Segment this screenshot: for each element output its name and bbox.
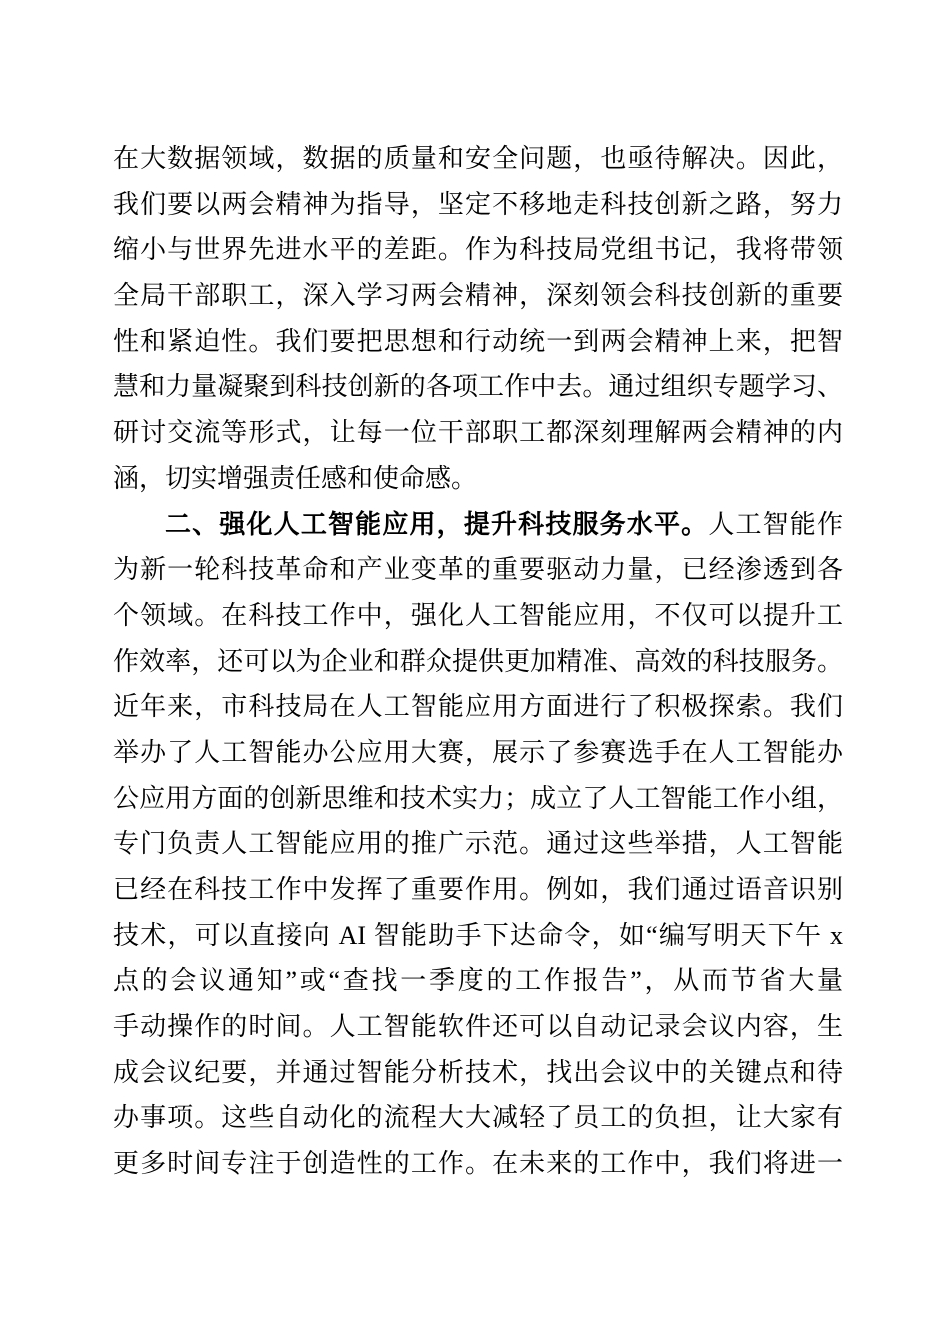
text-line: 技术，可以直接向 AI 智能助手下达命令，如“编写明天下午 x xyxy=(113,913,843,959)
body-text: 成会议纪要，并通过智能分析技术，找出会议中的关键点和待 xyxy=(113,1058,843,1087)
body-text: 人工智能作 xyxy=(708,510,843,539)
body-text: 技术，可以直接向 AI 智能助手下达命令，如“编写明天下午 x xyxy=(113,921,843,950)
paragraph: 二、强化人工智能应用，提升科技服务水平。人工智能作为新一轮科技革命和产业变革的重… xyxy=(113,502,843,1187)
text-line: 已经在科技工作中发挥了重要作用。例如，我们通过语音识别 xyxy=(113,867,843,913)
paragraph: 在大数据领域，数据的质量和安全问题，也亟待解决。因此，我们要以两会精神为指导，坚… xyxy=(113,136,843,502)
text-line: 点的会议通知”或“查找一季度的工作报告”，从而节省大量 xyxy=(113,958,843,1004)
body-text: 近年来，市科技局在人工智能应用方面进行了积极探索。我们 xyxy=(113,692,843,721)
body-text: 已经在科技工作中发挥了重要作用。例如，我们通过语音识别 xyxy=(113,875,843,904)
text-line: 在大数据领域，数据的质量和安全问题，也亟待解决。因此， xyxy=(113,136,843,182)
text-line: 涵，切实增强责任感和使命感。 xyxy=(113,456,843,502)
text-line: 近年来，市科技局在人工智能应用方面进行了积极探索。我们 xyxy=(113,684,843,730)
text-line: 个领域。在科技工作中，强化人工智能应用，不仅可以提升工 xyxy=(113,593,843,639)
body-text: 性和紧迫性。我们要把思想和行动统一到两会精神上来，把智 xyxy=(113,327,843,356)
document-page: 在大数据领域，数据的质量和安全问题，也亟待解决。因此，我们要以两会精神为指导，坚… xyxy=(0,0,950,1344)
text-line: 公应用方面的创新思维和技术实力；成立了人工智能工作小组， xyxy=(113,776,843,822)
text-line: 为新一轮科技革命和产业变革的重要驱动力量，已经渗透到各 xyxy=(113,547,843,593)
text-line: 缩小与世界先进水平的差距。作为科技局党组书记，我将带领 xyxy=(113,227,843,273)
document-body: 在大数据领域，数据的质量和安全问题，也亟待解决。因此，我们要以两会精神为指导，坚… xyxy=(113,136,843,1187)
text-line: 二、强化人工智能应用，提升科技服务水平。人工智能作 xyxy=(113,502,843,548)
text-line: 慧和力量凝聚到科技创新的各项工作中去。通过组织专题学习、 xyxy=(113,364,843,410)
body-text: 更多时间专注于创造性的工作。在未来的工作中，我们将进一 xyxy=(113,1149,843,1178)
body-text: 作效率，还可以为企业和群众提供更加精准、高效的科技服务。 xyxy=(113,647,843,676)
body-text: 专门负责人工智能应用的推广示范。通过这些举措，人工智能 xyxy=(113,829,843,858)
body-text: 我们要以两会精神为指导，坚定不移地走科技创新之路，努力 xyxy=(113,190,843,219)
text-line: 手动操作的时间。人工智能软件还可以自动记录会议内容，生 xyxy=(113,1004,843,1050)
text-line: 成会议纪要，并通过智能分析技术，找出会议中的关键点和待 xyxy=(113,1050,843,1096)
body-text: 在大数据领域，数据的质量和安全问题，也亟待解决。因此， xyxy=(113,144,843,173)
body-text: 手动操作的时间。人工智能软件还可以自动记录会议内容，生 xyxy=(113,1012,843,1041)
text-line: 全局干部职工，深入学习两会精神，深刻领会科技创新的重要 xyxy=(113,273,843,319)
text-line: 研讨交流等形式，让每一位干部职工都深刻理解两会精神的内 xyxy=(113,410,843,456)
body-text: 全局干部职工，深入学习两会精神，深刻领会科技创新的重要 xyxy=(113,281,843,310)
text-line: 办事项。这些自动化的流程大大减轻了员工的负担，让大家有 xyxy=(113,1095,843,1141)
body-text: 点的会议通知”或“查找一季度的工作报告”，从而节省大量 xyxy=(113,966,843,995)
text-line: 更多时间专注于创造性的工作。在未来的工作中，我们将进一 xyxy=(113,1141,843,1187)
body-text: 公应用方面的创新思维和技术实力；成立了人工智能工作小组， xyxy=(113,784,843,813)
text-line: 我们要以两会精神为指导，坚定不移地走科技创新之路，努力 xyxy=(113,182,843,228)
section-heading-text: 二、强化人工智能应用，提升科技服务水平。 xyxy=(165,510,708,539)
body-text: 为新一轮科技革命和产业变革的重要驱动力量，已经渗透到各 xyxy=(113,555,843,584)
body-text: 缩小与世界先进水平的差距。作为科技局党组书记，我将带领 xyxy=(113,235,843,264)
body-text: 举办了人工智能办公应用大赛，展示了参赛选手在人工智能办 xyxy=(113,738,843,767)
body-text: 个领域。在科技工作中，强化人工智能应用，不仅可以提升工 xyxy=(113,601,843,630)
text-line: 性和紧迫性。我们要把思想和行动统一到两会精神上来，把智 xyxy=(113,319,843,365)
text-line: 专门负责人工智能应用的推广示范。通过这些举措，人工智能 xyxy=(113,821,843,867)
body-text: 办事项。这些自动化的流程大大减轻了员工的负担，让大家有 xyxy=(113,1103,843,1132)
body-text: 涵，切实增强责任感和使命感。 xyxy=(113,464,477,493)
text-line: 作效率，还可以为企业和群众提供更加精准、高效的科技服务。 xyxy=(113,639,843,685)
body-text: 研讨交流等形式，让每一位干部职工都深刻理解两会精神的内 xyxy=(113,418,843,447)
text-line: 举办了人工智能办公应用大赛，展示了参赛选手在人工智能办 xyxy=(113,730,843,776)
body-text: 慧和力量凝聚到科技创新的各项工作中去。通过组织专题学习、 xyxy=(113,372,843,401)
